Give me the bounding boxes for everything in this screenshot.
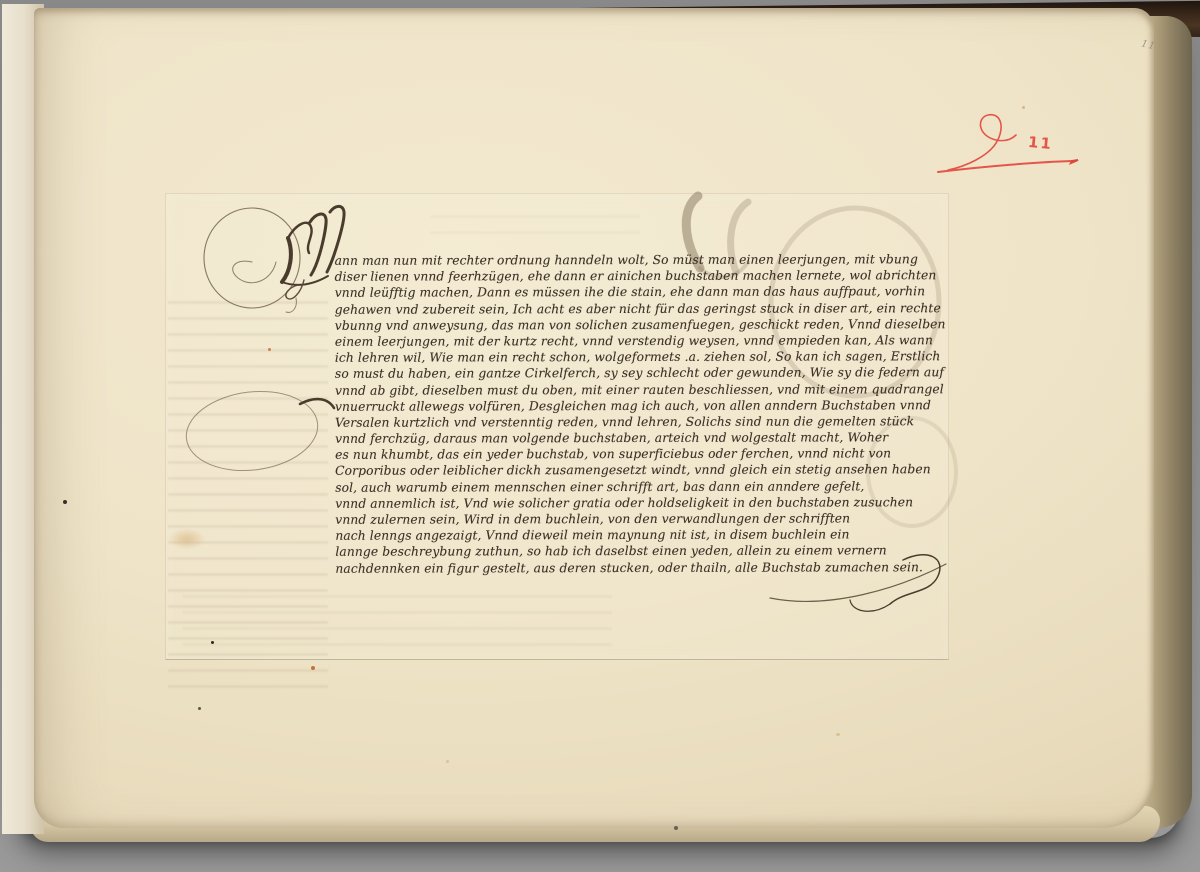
manuscript-line: ich lehren wil, Wie man ein recht schon,… [335,348,931,366]
manuscript-line: Corporibus oder leiblicher dickh zusamen… [335,462,931,480]
manuscript-line: nachdennken ein figur gestelt, aus deren… [335,559,931,577]
manuscript-line: Versalen kurtzlich vnd verstenntig reden… [335,413,931,431]
manuscript-text-block: ann man nun mit rechter ordnung hanndeln… [335,251,932,576]
manuscript-line: ann man nun mit rechter ordnung hanndeln… [335,251,931,269]
manuscript-line: vnnd ferchzüg, daraus man volgende buchs… [335,429,931,447]
manuscript-line: vnnd annemlich ist, Vnd wie solicher gra… [335,494,931,512]
manuscript-line: einem leerjungen, mit der kurtz recht, v… [335,332,931,350]
red-folio-number: 11 [1027,133,1053,153]
manuscript-line: vnnd zulernen sein, Wird in dem buchlein… [335,510,931,528]
manuscript-line: vbunng vnd anweysung, das man von solich… [335,316,931,334]
manuscript-line: vnuerruckt allewegs volfüren, Desgleiche… [335,397,931,415]
manuscript-line: diser lienen vnnd feerhzügen, ehe dann e… [335,267,931,285]
manuscript-line: nach lenngs angezaigt, Vnnd dieweil mein… [335,526,931,544]
manuscript-line: vnnd ab gibt, dieselben must du oben, mi… [335,381,931,399]
manuscript-line: lannge beschreybung zuthun, so hab ich d… [335,543,931,561]
photograph: ann man nun mit rechter ordnung hanndeln… [0,0,1200,872]
manuscript-line: es nun khumbt, das ein yeder buchstab, v… [335,445,931,463]
manuscript-line: vnnd leüfftig machen, Dann es müssen ihe… [335,284,931,302]
manuscript-line: sol, auch warumb einem mennschen einer s… [335,478,931,496]
manuscript-line: gehawen vnd zubereit sein, Ich acht es a… [335,300,931,318]
manuscript-line: so must du haben, ein gantze Cirkelferch… [335,365,931,383]
